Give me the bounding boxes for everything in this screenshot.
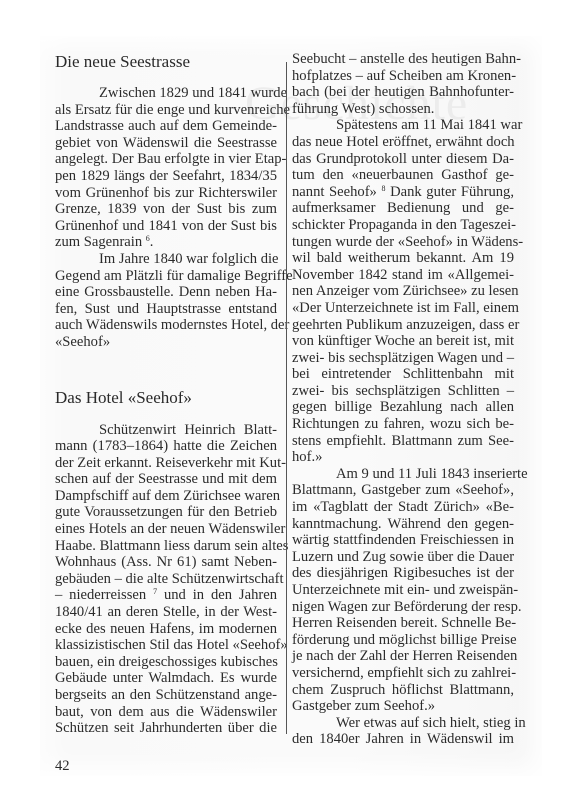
text-line: eines Hotels an der neuen Wädenswiler xyxy=(55,521,277,538)
text-line: «Der Unterzeichnete ist im Fall, einem xyxy=(292,300,514,317)
paragraph: Am 9 und 11 Juli 1843 inserierte Blattma… xyxy=(292,466,514,715)
text-line: Seebucht – anstelle des heutigen Bahn- xyxy=(292,51,514,68)
text-line: fen, Sust und Hauptstrasse entstand xyxy=(55,301,277,318)
text-line: Gebäude unter Walmdach. Es wurde xyxy=(55,670,277,687)
text-line: der Zeit erkannt. Reiseverkehr mit Kut- xyxy=(55,455,277,472)
text-line: stens empfiehlt. Blattmann zum See- xyxy=(292,433,514,450)
footnote-ref[interactable]: 7 xyxy=(153,587,157,596)
text-line: förderung und möglichst billige Preise xyxy=(292,632,514,649)
text-line: wärtig stattfindenden Freischiessen in xyxy=(292,532,514,549)
text-line: hofplatzes – auf Scheiben am Kronen- xyxy=(292,68,514,85)
text-line: nen Anzeiger vom Zürichsee» zu lesen xyxy=(292,283,514,300)
text-line: Landstrasse auch auf dem Gemeinde- xyxy=(55,118,277,135)
section-heading-seestrasse: Die neue Seestrasse xyxy=(55,52,277,72)
text-line: vom Grünenhof bis zur Richterswiler xyxy=(55,185,277,202)
text-line: das neue Hotel eröffnet, erwähnt doch xyxy=(292,134,514,151)
text-line: den 1840er Jahren in Wädenswil im xyxy=(292,731,514,748)
text-line: Grünenhof und 1841 von der Sust bis xyxy=(55,218,277,235)
text-line: auch Wädenswils modernstes Hotel, der xyxy=(55,317,277,334)
text-line: des diesjährigen Rigibesuches ist der xyxy=(292,565,514,582)
text-line: Spätestens am 11 Mai 1841 war xyxy=(292,117,514,134)
text-line: gebiet von Wädenswil die Seestrasse xyxy=(55,135,277,152)
text-line: November 1842 stand im «Allgemei- xyxy=(292,267,514,284)
text-line: Wohnhaus (Ass. Nr 61) samt Neben- xyxy=(55,554,277,571)
text-line: Grenze, 1839 von der Sust bis zum xyxy=(55,201,277,218)
text-line: Am 9 und 11 Juli 1843 inserierte xyxy=(292,466,514,483)
text-line: bach (bei der heutigen Bahnhofunter- xyxy=(292,84,514,101)
text-line: gegen billige Bezahlung nach allen xyxy=(292,399,514,416)
text-line: chem Zuspruch höflichst Blattmann, xyxy=(292,682,514,699)
paragraph: Wer etwas auf sich hielt, stieg in den 1… xyxy=(292,715,514,748)
paragraph: Im Jahre 1840 war folglich die Gegend am… xyxy=(55,251,277,351)
text-line: kanntmachung. Während den gegen- xyxy=(292,516,514,533)
column-separator xyxy=(286,62,287,734)
text-line: nannt Seehof» 8 Dank guter Führung, xyxy=(292,184,514,201)
text-line: hof.» xyxy=(292,449,514,466)
text-line: von künftiger Woche an bereit ist, mit xyxy=(292,333,514,350)
text-line: Gastgeber zum Seehof.» xyxy=(292,698,514,715)
text-line: bergseits an den Schützenstand ange- xyxy=(55,687,277,704)
text-line: Richtungen zu fahren, wozu sich be- xyxy=(292,416,514,433)
text-line: mann (1783–1864) hatte die Zeichen xyxy=(55,438,277,455)
footnote-ref[interactable]: 8 xyxy=(381,184,385,193)
text-line: Haabe. Blattmann liess darum sein altes xyxy=(55,538,277,555)
text-line: versichernd, empfiehlt sich zu zahlrei- xyxy=(292,665,514,682)
text-line: tungen wurde der «Seehof» in Wädens- xyxy=(292,234,514,251)
text-line: baut, von dem aus die Wädenswiler xyxy=(55,704,277,721)
text-line: Gegend am Plätzli für damalige Begriffe xyxy=(55,268,277,285)
text-line: im «Tagblatt der Stadt Zürich» «Be- xyxy=(292,499,514,516)
text-line: Im Jahre 1840 war folglich die xyxy=(55,251,277,268)
text-line: Blattmann, Gastgeber zum «Seehof», xyxy=(292,482,514,499)
text-line: zwei- bis sechsplätzigen Schlitten – xyxy=(292,383,514,400)
paragraph: Spätestens am 11 Mai 1841 war das neue H… xyxy=(292,117,514,465)
text-line: Zwischen 1829 und 1841 wurde xyxy=(55,85,277,102)
text-line: klassizistischen Stil das Hotel «Seehof» xyxy=(55,637,277,654)
text-line: je nach der Zahl der Herren Reisenden xyxy=(292,648,514,665)
text-line: Dampfschiff auf dem Zürichsee waren xyxy=(55,488,277,505)
text-line: Unterzeichnete mit ein- und zweispän- xyxy=(292,582,514,599)
text-line: Luzern und Zug sowie über die Dauer xyxy=(292,549,514,566)
text-line: «Seehof» xyxy=(55,334,277,351)
text-line: angelegt. Der Bau erfolgte in vier Etap- xyxy=(55,151,277,168)
right-column: Seebucht – anstelle des heutigen Bahn- h… xyxy=(292,51,514,748)
text-line: gute Voraussetzungen für den Betrieb xyxy=(55,504,277,521)
text-line: schickter Propaganda in den Tageszei- xyxy=(292,217,514,234)
text-line: Schützen seit Jahrhunderten über die xyxy=(55,720,277,737)
text-line: bauen, ein dreigeschossiges kubisches xyxy=(55,654,277,671)
text-line: bei eintretender Schlittenbahn mit xyxy=(292,366,514,383)
text-line: gebäuden – die alte Schützenwirtschaft xyxy=(55,571,277,588)
text-line: aufmerksamer Bedienung und ge- xyxy=(292,200,514,217)
paragraph: Seebucht – anstelle des heutigen Bahn- h… xyxy=(292,51,514,117)
text-line: 1840/41 an deren Stelle, in der West- xyxy=(55,604,277,621)
text-line: führung West) schossen. xyxy=(292,101,514,118)
text-line: wil bald weitherum bekannt. Am 19 xyxy=(292,250,514,267)
text-line: nigen Wagen zur Beförderung der resp. xyxy=(292,599,514,616)
text-line: eine Grossbaustelle. Denn neben Ha- xyxy=(55,284,277,301)
text-line: tum den «neuerbaunen Gasthof ge- xyxy=(292,167,514,184)
text-line: – niederreissen 7 und in den Jahren xyxy=(55,587,277,604)
text-line: ecke des neuen Hafens, im modernen xyxy=(55,621,277,638)
text-line: Herren Reisenden bereit. Schnelle Be- xyxy=(292,615,514,632)
text-line: schen auf der Seestrasse und mit dem xyxy=(55,471,277,488)
text-line: zum Sagenrain 6. xyxy=(55,234,277,251)
text-line: als Ersatz für die enge und kurvenreiche xyxy=(55,102,277,119)
text-line: geehrten Publikum anzuzeigen, dass er xyxy=(292,317,514,334)
text-line: das Grundprotokoll unter diesem Da- xyxy=(292,151,514,168)
text-line: zwei- bis sechsplätzigen Wagen und – xyxy=(292,350,514,367)
section-heading-hotel-seehof: Das Hotel «Seehof» xyxy=(55,388,277,408)
paragraph: Zwischen 1829 und 1841 wurde als Ersatz … xyxy=(55,85,277,251)
left-column: Die neue Seestrasse Zwischen 1829 und 18… xyxy=(55,52,277,737)
paragraph: Schützenwirt Heinrich Blatt- mann (1783–… xyxy=(55,422,277,737)
text-line: Wer etwas auf sich hielt, stieg in xyxy=(292,715,514,732)
page-number: 42 xyxy=(55,758,70,775)
text-line: pen 1829 längs der Seefahrt, 1834/35 xyxy=(55,168,277,185)
text-line: Schützenwirt Heinrich Blatt- xyxy=(55,422,277,439)
